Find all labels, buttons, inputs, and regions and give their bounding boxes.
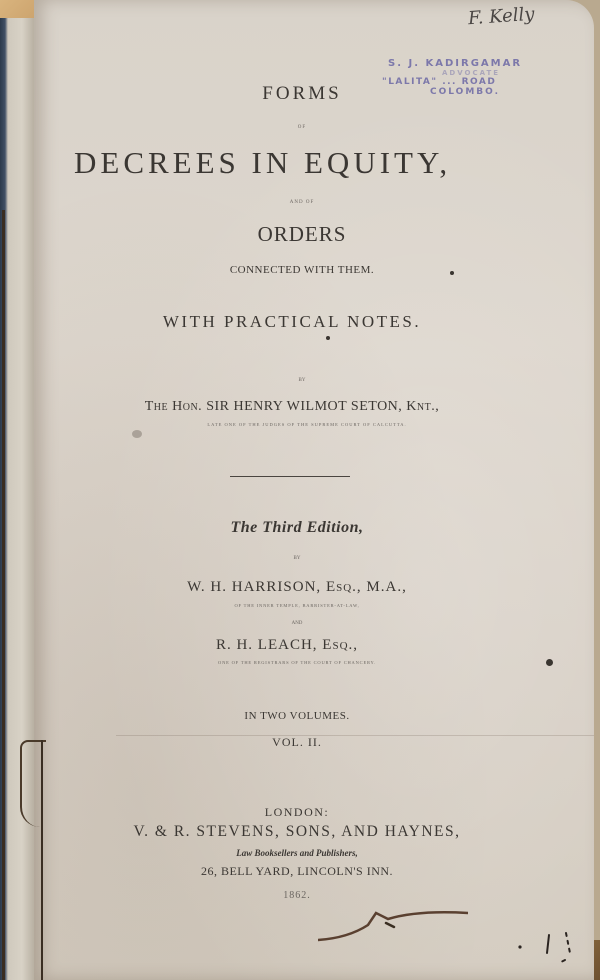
ink-spot	[546, 659, 553, 666]
editor-1-note: OF THE INNER TEMPLE, BARRISTER-AT-LAW,	[34, 603, 560, 608]
editor-2-note: ONE OF THE REGISTRARS OF THE COURT OF CH…	[34, 660, 560, 665]
editor-1-name: W. H. HARRISON,	[187, 579, 321, 595]
author-name: SIR HENRY WILMOT SETON,	[206, 399, 402, 414]
subtitle: CONNECTED WITH THEM.	[44, 264, 560, 276]
editor-2-name: R. H. LEACH,	[216, 637, 318, 653]
title-orders: ORDERS	[44, 222, 560, 247]
volume-count: IN TWO VOLUMES.	[34, 710, 560, 722]
volume-number: VOL. II.	[34, 735, 560, 750]
stain-spot	[132, 430, 142, 438]
publisher-note: Law Booksellers and Publishers,	[34, 848, 560, 858]
title-page-text: FORMS OF DECREES IN EQUITY, AND OF ORDER…	[44, 0, 560, 980]
by-label: BY	[44, 378, 560, 383]
title-forms: FORMS	[44, 83, 560, 105]
and-label: AND	[34, 621, 560, 626]
page-tear-line	[41, 740, 43, 980]
imprint-place: LONDON:	[34, 805, 560, 820]
pen-scribble	[318, 905, 468, 945]
connector-of: OF	[44, 125, 560, 130]
publisher: V. & R. STEVENS, SONS, AND HAYNES,	[34, 823, 560, 841]
ink-spot	[326, 336, 330, 340]
author-prefix: The Hon.	[145, 399, 202, 414]
editor-1-suffix: Esq., M.A.,	[326, 579, 407, 595]
book-photo: F. Kelly S. J. KADIRGAMAR ADVOCATE "LALI…	[0, 0, 600, 980]
practical-notes: WITH PRACTICAL NOTES.	[24, 312, 560, 332]
publisher-address: 26, BELL YARD, LINCOLN'S INN.	[34, 864, 560, 879]
publication-year: 1862.	[34, 890, 560, 901]
author-line: The Hon. SIR HENRY WILMOT SETON, Knt.,	[24, 399, 560, 415]
author-suffix: Knt.,	[406, 399, 439, 414]
title-decrees: DECREES IN EQUITY,	[64, 145, 560, 181]
binding-tear	[2, 210, 5, 980]
divider-rule	[230, 476, 350, 477]
connector-and-of: AND OF	[44, 200, 560, 205]
ink-spot	[450, 271, 454, 275]
editor-2: R. H. LEACH, Esq.,	[14, 637, 560, 654]
editor-2-suffix: Esq.,	[322, 637, 358, 653]
editor-1: W. H. HARRISON, Esq., M.A.,	[34, 579, 560, 596]
author-note: LATE ONE OF THE JUDGES OF THE SUPREME CO…	[54, 422, 560, 427]
edition: The Third Edition,	[34, 519, 560, 537]
by-label-editors: BY	[34, 556, 560, 561]
pen-marks	[515, 925, 585, 970]
